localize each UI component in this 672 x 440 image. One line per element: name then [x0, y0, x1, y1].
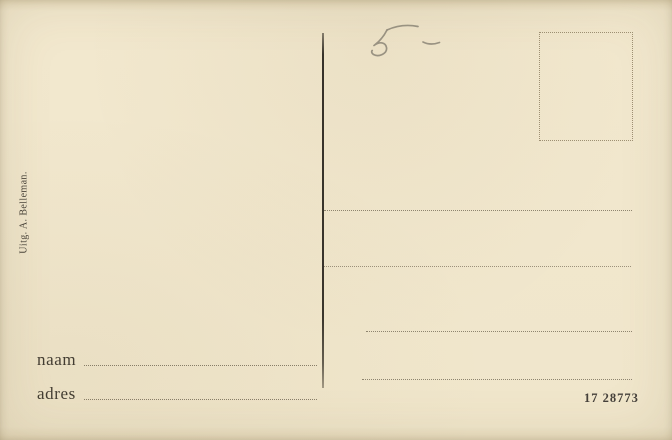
address-dotted-line-4	[362, 379, 632, 380]
pencil-stroke-five-body	[372, 30, 387, 56]
pencil-stroke-five-bar	[387, 26, 418, 30]
postcard-back: Uitg. A. Belleman. naam adres 17 28773	[0, 0, 672, 440]
address-dotted-line-3	[366, 331, 632, 332]
pencil-stroke-dash	[423, 42, 440, 44]
address-label: adres	[37, 385, 76, 402]
name-label: naam	[37, 351, 76, 368]
serial-number: 17 28773	[584, 391, 639, 406]
address-dotted-line-2	[324, 266, 631, 267]
stamp-box	[539, 32, 633, 141]
address-dotted-line-1	[324, 210, 632, 211]
name-write-line	[84, 365, 317, 366]
address-write-line	[84, 399, 317, 400]
handwritten-price-note	[360, 18, 450, 62]
publisher-imprint: Uitg. A. Belleman.	[19, 143, 32, 283]
